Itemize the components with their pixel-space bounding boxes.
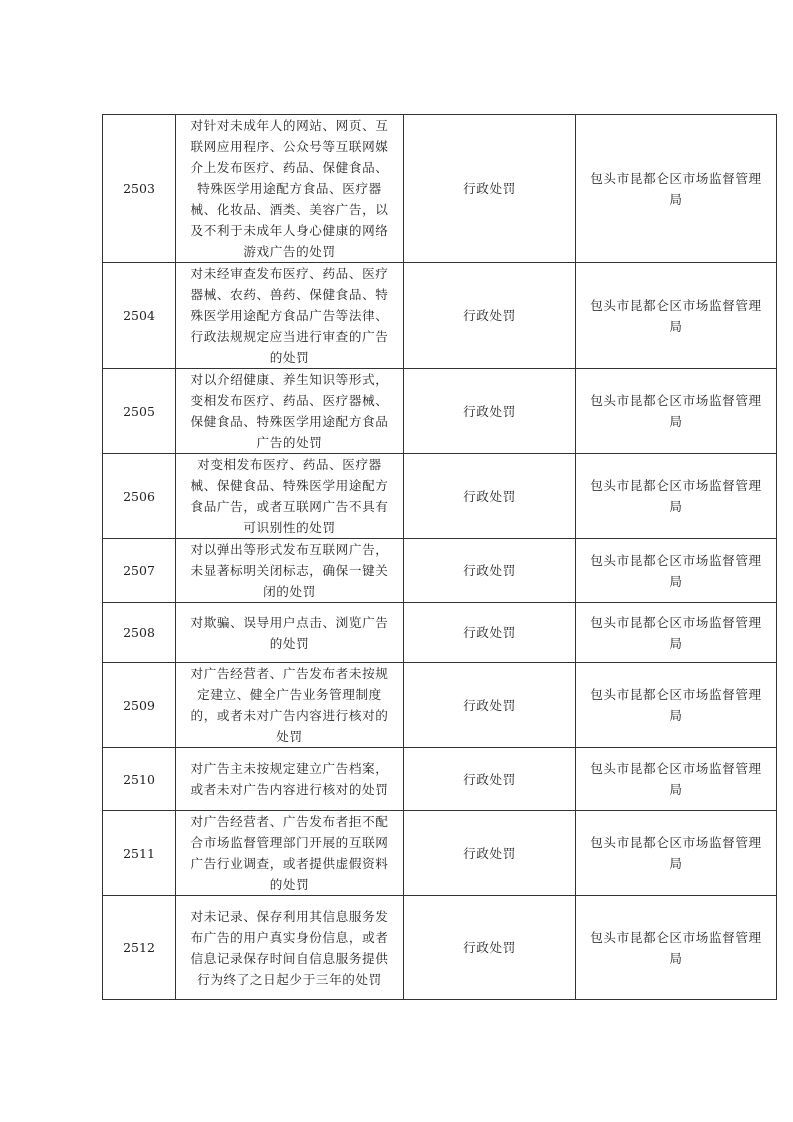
- power-type: 行政处罚: [404, 663, 576, 748]
- power-type: 行政处罚: [404, 603, 576, 663]
- power-type: 行政处罚: [404, 263, 576, 369]
- item-name: 对针对未成年人的网站、网页、互联网应用程序、公众号等互联网媒介上发布医疗、药品、…: [176, 115, 404, 263]
- item-name: 对广告经营者、广告发布者未按规定建立、健全广告业务管理制度的，或者未对广告内容进…: [176, 663, 404, 748]
- power-type: 行政处罚: [404, 896, 576, 1000]
- implementing-agency: 包头市昆都仑区市场监督管理局: [576, 603, 777, 663]
- table-row: 2510 对广告主未按规定建立广告档案，或者未对广告内容进行核对的处罚 行政处罚…: [103, 748, 777, 811]
- item-number: 2503: [103, 115, 176, 263]
- power-type: 行政处罚: [404, 748, 576, 811]
- implementing-agency: 包头市昆都仑区市场监督管理局: [576, 663, 777, 748]
- item-name: 对变相发布医疗、药品、医疗器械、保健食品、特殊医学用途配方食品广告，或者互联网广…: [176, 454, 404, 539]
- power-type: 行政处罚: [404, 369, 576, 454]
- table-row: 2511 对广告经营者、广告发布者拒不配合市场监督管理部门开展的互联网广告行业调…: [103, 811, 777, 896]
- item-name: 对欺骗、误导用户点击、浏览广告的处罚: [176, 603, 404, 663]
- table-row: 2512 对未记录、保存利用其信息服务发布广告的用户真实身份信息，或者信息记录保…: [103, 896, 777, 1000]
- table-row: 2508 对欺骗、误导用户点击、浏览广告的处罚 行政处罚 包头市昆都仑区市场监督…: [103, 603, 777, 663]
- item-name: 对未经审查发布医疗、药品、医疗器械、农药、兽药、保健食品、特殊医学用途配方食品广…: [176, 263, 404, 369]
- power-list-table: 2503 对针对未成年人的网站、网页、互联网应用程序、公众号等互联网媒介上发布医…: [102, 114, 777, 1000]
- table-row: 2507 对以弹出等形式发布互联网广告，未显著标明关闭标志，确保一键关闭的处罚 …: [103, 539, 777, 603]
- table-row: 2504 对未经审查发布医疗、药品、医疗器械、农药、兽药、保健食品、特殊医学用途…: [103, 263, 777, 369]
- table-row: 2505 对以介绍健康、养生知识等形式，变相发布医疗、药品、医疗器械、保健食品、…: [103, 369, 777, 454]
- power-type: 行政处罚: [404, 115, 576, 263]
- implementing-agency: 包头市昆都仑区市场监督管理局: [576, 115, 777, 263]
- item-number: 2506: [103, 454, 176, 539]
- item-name: 对广告经营者、广告发布者拒不配合市场监督管理部门开展的互联网广告行业调查，或者提…: [176, 811, 404, 896]
- implementing-agency: 包头市昆都仑区市场监督管理局: [576, 369, 777, 454]
- implementing-agency: 包头市昆都仑区市场监督管理局: [576, 539, 777, 603]
- item-number: 2508: [103, 603, 176, 663]
- power-type: 行政处罚: [404, 454, 576, 539]
- implementing-agency: 包头市昆都仑区市场监督管理局: [576, 454, 777, 539]
- item-number: 2505: [103, 369, 176, 454]
- item-number: 2507: [103, 539, 176, 603]
- implementing-agency: 包头市昆都仑区市场监督管理局: [576, 896, 777, 1000]
- power-type: 行政处罚: [404, 539, 576, 603]
- item-number: 2504: [103, 263, 176, 369]
- implementing-agency: 包头市昆都仑区市场监督管理局: [576, 811, 777, 896]
- item-name: 对以弹出等形式发布互联网广告，未显著标明关闭标志，确保一键关闭的处罚: [176, 539, 404, 603]
- item-number: 2510: [103, 748, 176, 811]
- item-number: 2512: [103, 896, 176, 1000]
- item-name: 对广告主未按规定建立广告档案，或者未对广告内容进行核对的处罚: [176, 748, 404, 811]
- item-name: 对未记录、保存利用其信息服务发布广告的用户真实身份信息，或者信息记录保存时间自信…: [176, 896, 404, 1000]
- implementing-agency: 包头市昆都仑区市场监督管理局: [576, 263, 777, 369]
- power-type: 行政处罚: [404, 811, 576, 896]
- item-number: 2509: [103, 663, 176, 748]
- table-row: 2509 对广告经营者、广告发布者未按规定建立、健全广告业务管理制度的，或者未对…: [103, 663, 777, 748]
- implementing-agency: 包头市昆都仑区市场监督管理局: [576, 748, 777, 811]
- table-body: 2503 对针对未成年人的网站、网页、互联网应用程序、公众号等互联网媒介上发布医…: [103, 115, 777, 1000]
- item-number: 2511: [103, 811, 176, 896]
- item-name: 对以介绍健康、养生知识等形式，变相发布医疗、药品、医疗器械、保健食品、特殊医学用…: [176, 369, 404, 454]
- table-row: 2503 对针对未成年人的网站、网页、互联网应用程序、公众号等互联网媒介上发布医…: [103, 115, 777, 263]
- table-row: 2506 对变相发布医疗、药品、医疗器械、保健食品、特殊医学用途配方食品广告，或…: [103, 454, 777, 539]
